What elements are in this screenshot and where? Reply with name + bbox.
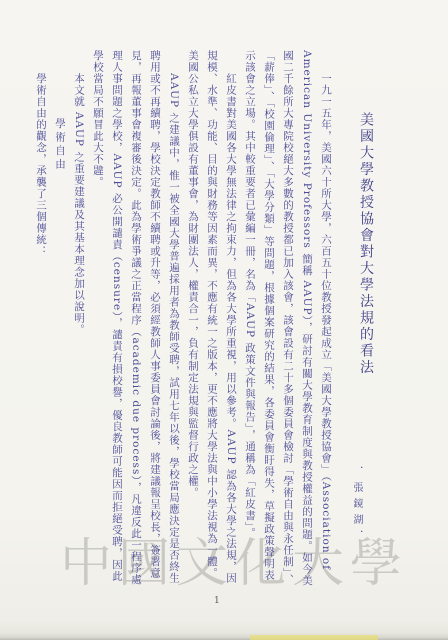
body-paragraph-1: 一九一五年，美國六十所大學，六百五十位教授發起成立「美國大學教授協會」（Asso… xyxy=(240,50,335,587)
scan-edge-yellow-strip xyxy=(250,635,378,640)
scan-edge-shadow xyxy=(0,633,448,640)
body-paragraph-4: 本文就 AAUP 之重要建議及其基本理念加以說明。 xyxy=(69,50,88,587)
document-title: 美國大學教授協會對大學法規的看法 xyxy=(356,112,376,376)
page-number: 1 xyxy=(214,596,220,606)
document-body: 一九一五年，美國六十所大學，六百五十位教授發起成立「美國大學教授協會」（Asso… xyxy=(31,50,335,587)
body-paragraph-3: AAUP 之建議中，惟一被全國大學普遍採用者為教師受聘，試用七年以後，學校當局應… xyxy=(88,50,183,587)
author-name: ．張鏡湖． xyxy=(349,466,363,546)
body-paragraph-5: 學術自由的觀念，承襲了三個傳統： xyxy=(31,50,50,587)
body-paragraph-2: 紅皮書對美國各大學無法律之拘束力，但為各大學所重視，用以參考。AAUP 認為各大… xyxy=(183,50,240,587)
scanned-document-page: 中 國 文 化 大 學 美國大學教授協會對大學法規的看法 ．張鏡湖． 一九一五年… xyxy=(0,0,448,640)
section-heading-academic-freedom: 學術自由 xyxy=(50,50,69,587)
